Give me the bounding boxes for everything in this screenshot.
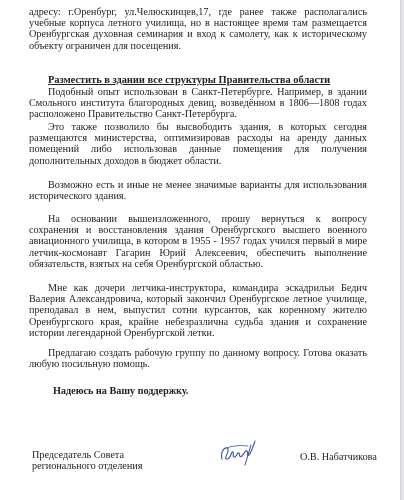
signatory-position: Председатель Совета регионального отделе… [32,450,142,473]
section-heading: Разместить в здании все структуры Правит… [29,75,367,86]
page-edge-scrollbar [400,0,404,500]
document-page: адресу: г.Оренбург, ул.Челюскинцев,17, г… [0,0,400,500]
closing-line: Надеюсь на Вашу поддержку. [53,386,391,397]
paragraph-text: Мне как дочери летчика-инструктора, кома… [29,283,367,339]
paragraph-2: Это также позволило бы высвободить здани… [29,122,367,167]
paragraph-4: На основании вышеизложенного, прошу верн… [29,214,367,270]
signatory-name: О.В. Набатчикова [300,452,377,463]
intro-paragraph: адресу: г.Оренбург, ул.Челюскинцев,17, г… [29,7,367,52]
paragraph-text: Возможно есть и иные не менее значимые в… [29,180,367,202]
paragraph-text: На основании вышеизложенного, прошу верн… [29,214,367,270]
paragraph-text: Предлагаю создать рабочую группу по данн… [29,348,367,370]
intro-text: адресу: г.Оренбург, ул.Челюскинцев,17, г… [29,7,367,52]
position-line-2: регионального отделения [32,461,142,472]
position-line-1: Председатель Совета [32,450,142,461]
paragraph-6: Предлагаю создать рабочую группу по данн… [29,348,367,370]
handwritten-signature-icon [218,437,258,467]
paragraph-1: Подобный опыт использован в Санкт-Петерб… [29,87,367,121]
closing-text: Надеюсь на Вашу поддержку. [53,386,391,397]
paragraph-5: Мне как дочери летчика-инструктора, кома… [29,283,367,339]
heading-text: Разместить в здании все структуры Правит… [29,75,367,86]
paragraph-text: Подобный опыт использован в Санкт-Петерб… [29,87,367,121]
paragraph-3: Возможно есть и иные не менее значимые в… [29,180,367,202]
paragraph-text: Это также позволило бы высвободить здани… [29,122,367,167]
